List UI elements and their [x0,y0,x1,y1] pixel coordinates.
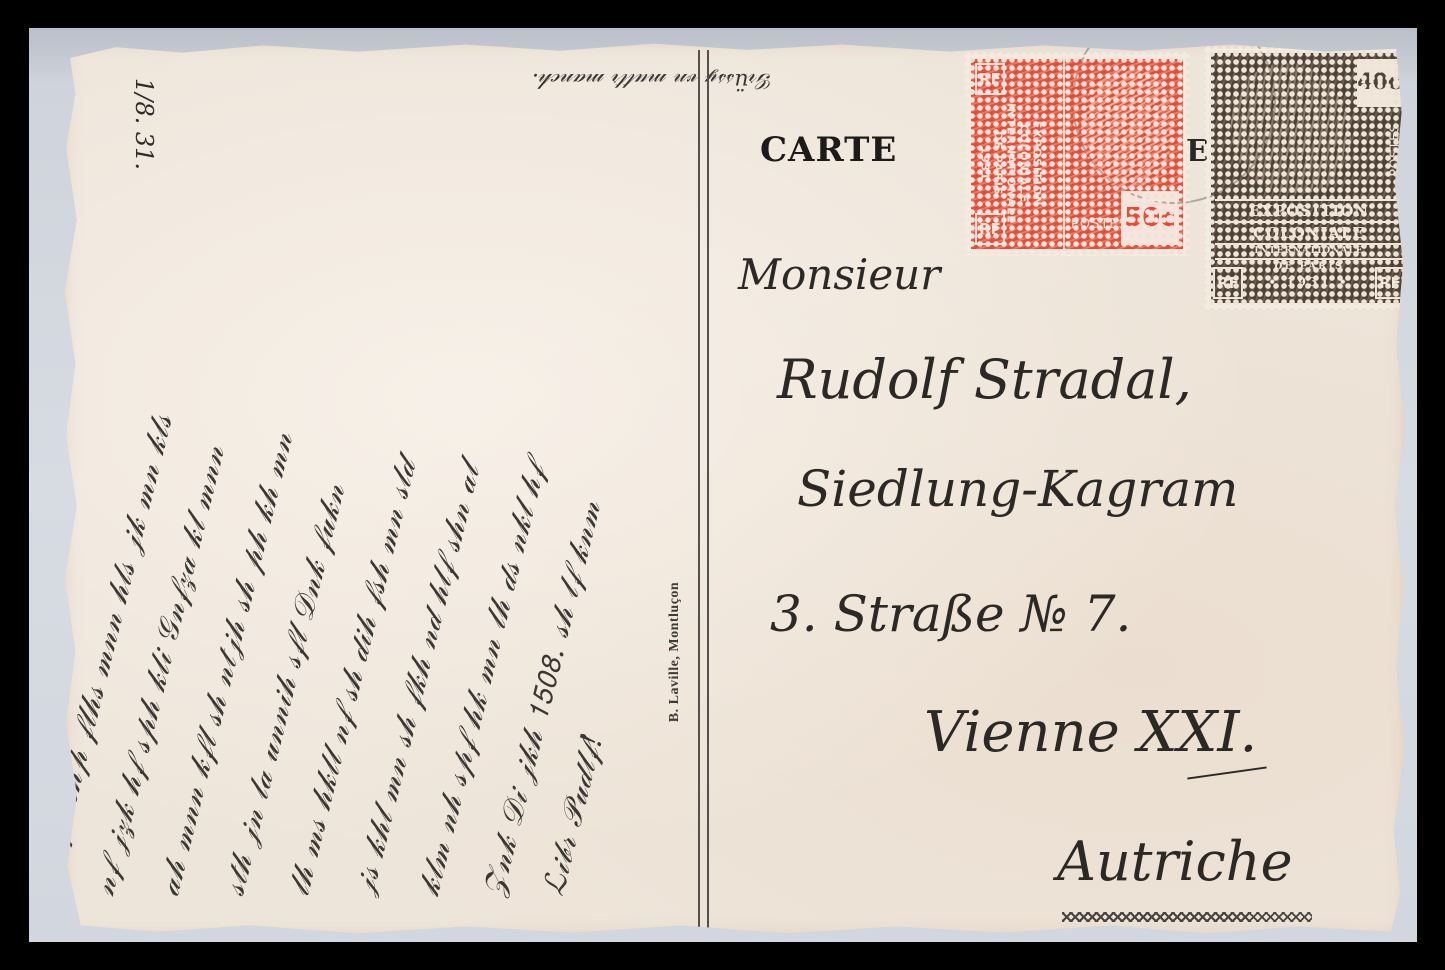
country-wavy-underline [1062,912,1312,922]
portrait-engraving [1081,69,1171,189]
stamp-value: 40c [1357,59,1401,107]
card-title: CARTE [760,130,897,170]
stamp-postes-label: POSTES [1071,217,1128,232]
address-city: Vienne XXI. [924,700,1257,765]
district-underline [1187,766,1266,779]
stamp-40c: 40c POSTES EXPOSITION COLONIALE INTERNAT… [1204,46,1414,310]
rf-mark: RF [1213,267,1243,299]
rf-mark: RF [975,213,1005,245]
address-country: Autriche [1057,830,1293,893]
stamp-side-panel: RF EXPOSITION COLONIALE INTERNATIONALE D… [971,59,1065,249]
portrait-engraving [1231,63,1351,193]
upside-down-note: 𝒢𝓇ü𝓈𝓈𝓎 𝓋𝓃 𝓂𝓊𝓉𝓉𝓇 𝓂𝒶𝓃𝒸𝒽. [532,68,773,93]
stamp-value: 50c [1121,191,1179,245]
address-salutation: Monsieur [738,250,940,299]
handwritten-date: 1/8. 31. [130,78,158,170]
address-name: Rudolf Stradal, [777,348,1192,411]
center-divider [698,50,709,940]
address-street-1: Siedlung-Kagram [797,460,1238,518]
postcard: 1/8. 31. ℓ𝓈 𝒽𝒻𝓀 𝓈𝒽𝓅 𝒻𝓁𝒽𝓈 𝓂𝓃𝓃 𝒽𝓁𝓈 𝒿𝓀 𝓂𝓃 𝓀… [62,40,1407,938]
printer-imprint: B. Laville, Montluçon [667,482,687,822]
address-street-2: 3. Straße № 7. [770,585,1131,643]
stamp-50c: RF EXPOSITION COLONIALE INTERNATIONALE D… [964,52,1190,256]
